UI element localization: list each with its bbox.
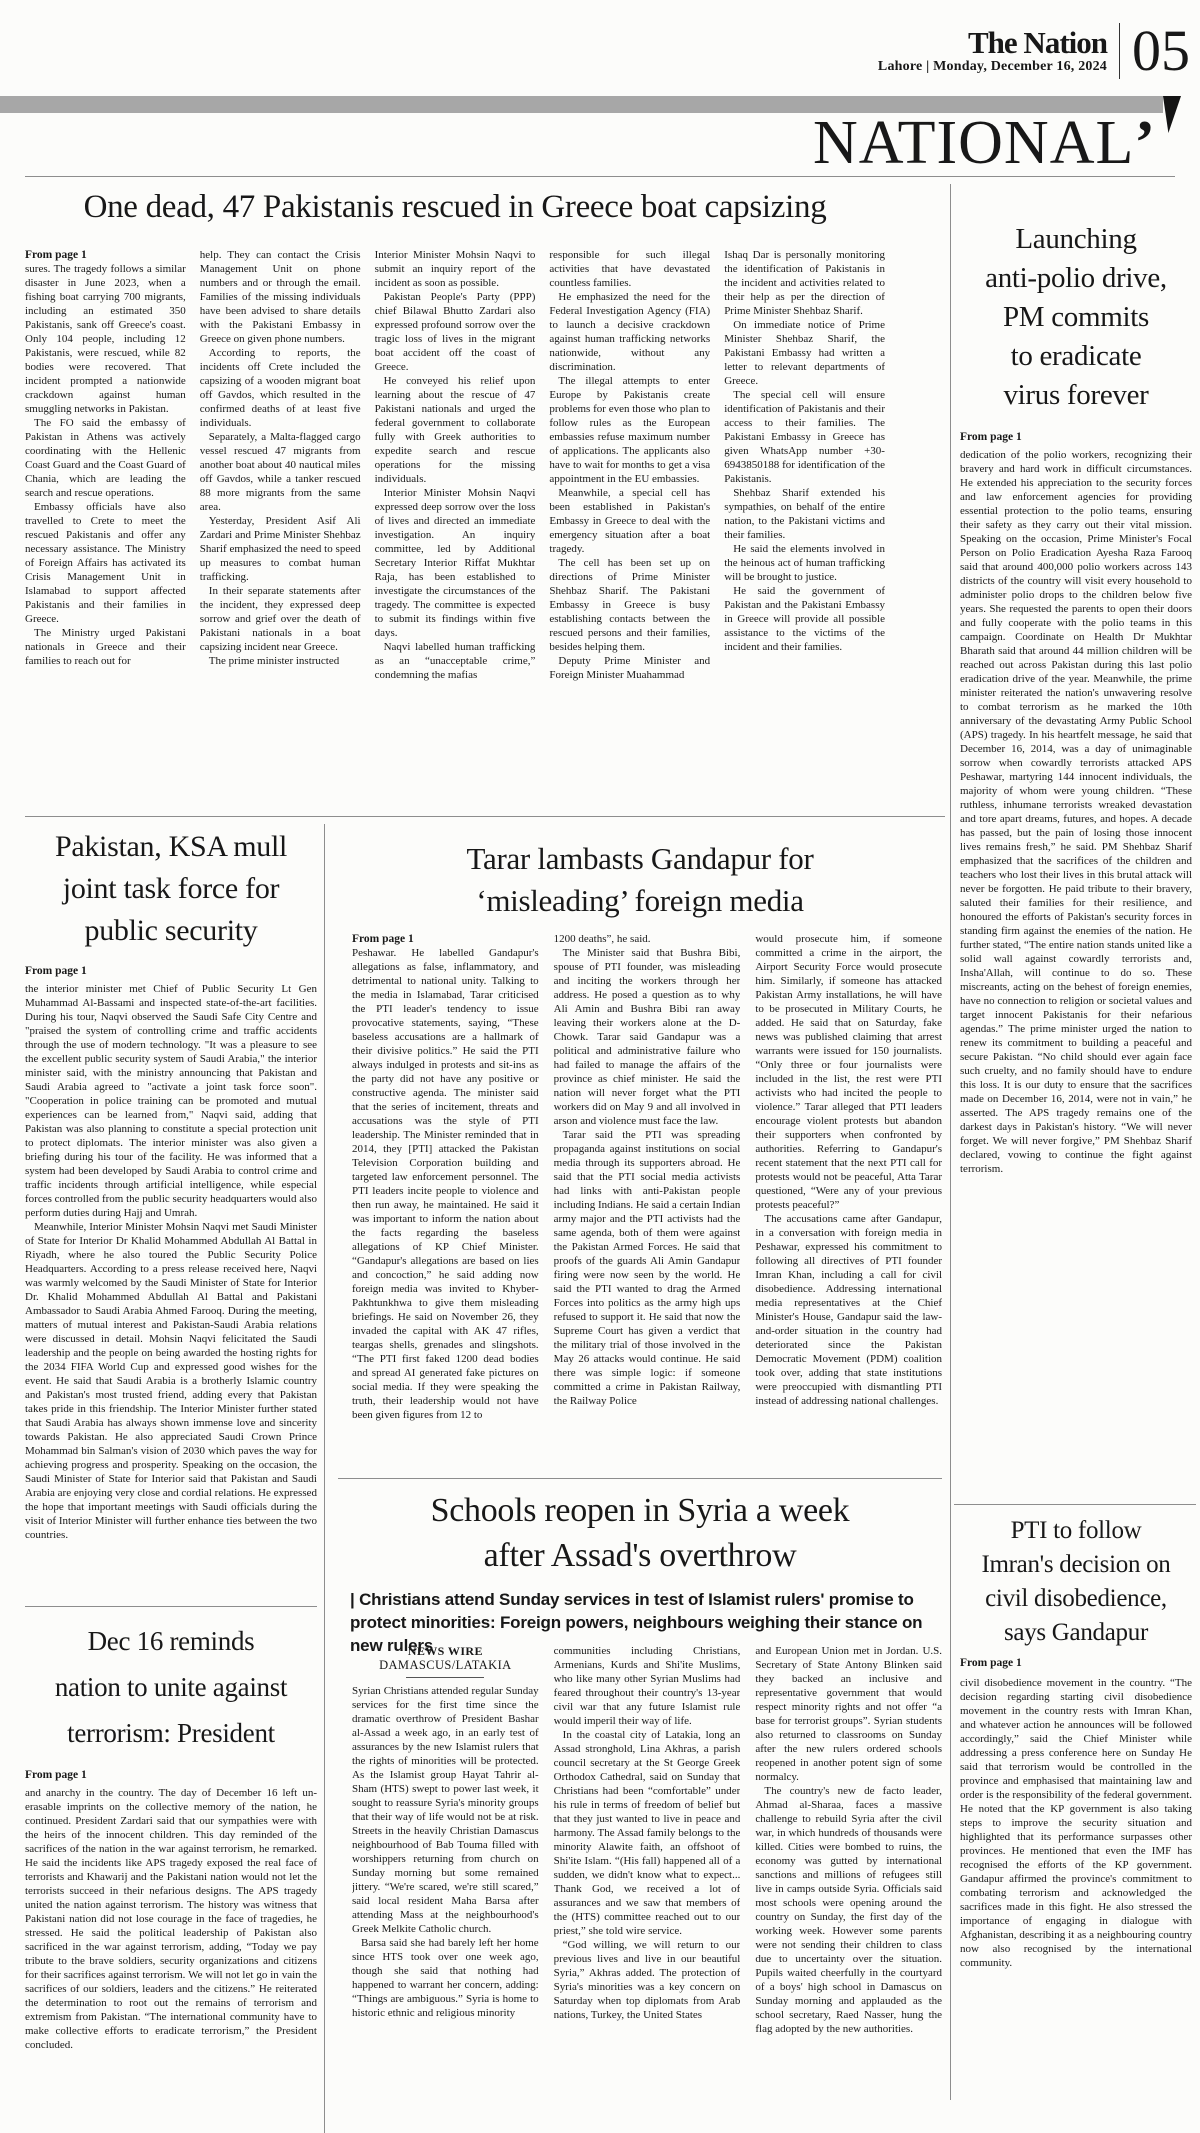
dec16-body: and anarchy in the country. The day of D… [25, 1786, 317, 2133]
from-page-label: From page 1 [352, 932, 539, 946]
greece-column-2: help. They can contact the Crisis Manage… [200, 248, 361, 804]
pti-headline: PTI to followImran's decision oncivil di… [958, 1514, 1194, 1650]
byline-rule [406, 1677, 484, 1678]
syria-column-3: and European Union met in Jordan. U.S. S… [755, 1644, 942, 2133]
section-quote-mark: ’ [1134, 109, 1156, 177]
polio-headline: Launchinganti-polio drive,PM commitsto e… [958, 220, 1194, 415]
polio-body: dedication of the polio workers, recogni… [960, 448, 1192, 1494]
syria-headline: Schools reopen in Syria a weekafter Assa… [338, 1488, 942, 1578]
right-rail-divider [950, 184, 951, 2100]
ksa-body: the interior minister met Chief of Publi… [25, 982, 317, 1594]
tarar-column-2: 1200 deaths”, he said.The Minister said … [554, 932, 741, 1466]
greece-column-5: Ishaq Dar is personally monitoring the i… [724, 248, 885, 804]
greece-headline: One dead, 47 Pakistanis rescued in Greec… [25, 188, 885, 228]
from-page-label: From page 1 [25, 1768, 87, 1782]
greece-column-3: Interior Minister Mohsin Naqvi to submit… [375, 248, 536, 804]
news-wire-label: NEWS WIRE [352, 1644, 539, 1658]
greece-column-1-text: sures. The tragedy follows a similar dis… [25, 262, 186, 668]
syria-column-1: NEWS WIRE DAMASCUS/LATAKIA Syrian Christ… [352, 1644, 539, 2133]
tarar-headline: Tarar lambasts Gandapur for‘misleading’ … [338, 838, 942, 922]
greece-bottom-rule [25, 816, 945, 817]
syria-body: NEWS WIRE DAMASCUS/LATAKIA Syrian Christ… [352, 1644, 942, 2133]
greece-column-1: From page 1 sures. The tragedy follows a… [25, 248, 186, 804]
ksa-headline: Pakistan, KSA mulljoint task force forpu… [25, 826, 317, 952]
tarar-column-1-text: Peshawar. He labelled Gandapur's allegat… [352, 946, 539, 1422]
tarar-column-3: would prosecute him, if someone committe… [755, 932, 942, 1466]
masthead-dateline: Lahore | Monday, December 16, 2024 [878, 59, 1107, 75]
dec16-top-rule [25, 1606, 317, 1607]
syria-column-2: communities including Christians, Armeni… [554, 1644, 741, 2133]
masthead: The Nation Lahore | Monday, December 16,… [878, 22, 1190, 80]
syria-byline: NEWS WIRE DAMASCUS/LATAKIA [352, 1644, 539, 1678]
greece-column-4: responsible for such illegal activities … [549, 248, 710, 804]
from-page-label: From page 1 [960, 430, 1022, 444]
tarar-body: From page 1 Peshawar. He labelled Gandap… [352, 932, 942, 1466]
syria-dateline: DAMASCUS/LATAKIA [352, 1658, 539, 1672]
from-page-label: From page 1 [25, 964, 87, 978]
tarar-column-1: From page 1 Peshawar. He labelled Gandap… [352, 932, 539, 1466]
greece-body: From page 1 sures. The tragedy follows a… [25, 248, 885, 804]
left-rail-divider [324, 824, 325, 2133]
section-bar-flag-icon [1163, 96, 1181, 133]
from-page-label: From page 1 [960, 1656, 1022, 1670]
newspaper-page: The Nation Lahore | Monday, December 16,… [0, 0, 1200, 2133]
pti-top-rule [954, 1504, 1196, 1505]
syria-top-rule [338, 1478, 942, 1479]
from-page-label: From page 1 [25, 248, 186, 262]
page-number: 05 [1120, 22, 1190, 80]
syria-column-1-text: Syrian Christians attended regular Sunda… [352, 1684, 539, 2020]
section-title: NATIONAL’ [813, 112, 1156, 174]
section-title-text: NATIONAL [813, 109, 1134, 177]
newspaper-name: The Nation [878, 27, 1107, 60]
header-rule [25, 176, 1175, 177]
pti-body: civil disobedience movement in the count… [960, 1676, 1192, 2076]
dec16-headline: Dec 16 remindsnation to unite againstter… [25, 1618, 317, 1756]
